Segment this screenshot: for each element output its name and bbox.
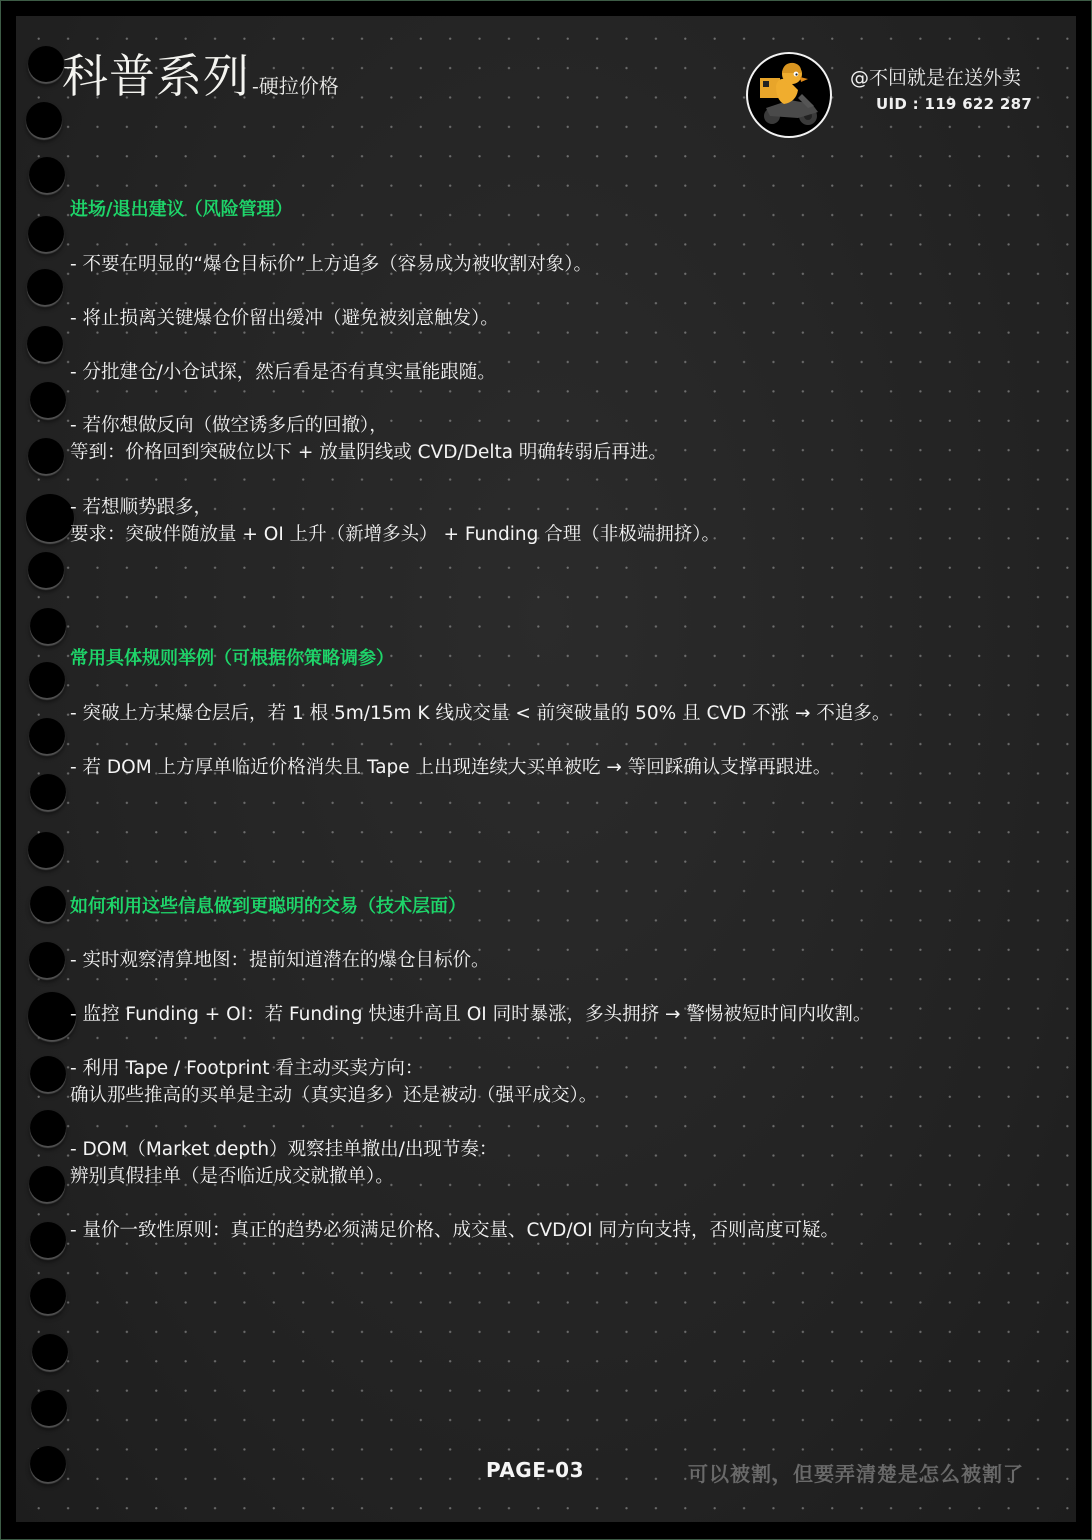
list-item-line: - 突破上方某爆仓层后，若 1 根 5m/15m K 线成交量 < 前突破量的 … [70,700,890,727]
list-item-line: - 若 DOM 上方厚单临近价格消失且 Tape 上出现连续大买单被吃 → 等回… [70,754,831,781]
avatar [746,52,832,138]
author-info: @不回就是在送外卖 UID : 119 622 287 [850,64,1032,116]
list-item: - 分批建仓/小仓试探，然后看是否有真实量能跟随。 [70,359,496,386]
list-item: - 利用 Tape / Footprint 看主动买卖方向： 确认那些推高的买单… [70,1055,597,1109]
list-item: - 监控 Funding + OI：若 Funding 快速升高且 OI 同时暴… [70,1001,871,1028]
list-item-line: 等到：价格回到突破位以下 + 放量阴线或 CVD/Delta 明确转弱后再进。 [70,439,667,466]
list-item: - 若你想做反向（做空诱多后的回撤）， 等到：价格回到突破位以下 + 放量阴线或… [70,412,667,466]
page-number: PAGE-03 [486,1458,584,1482]
author-uid: UID : 119 622 287 [876,92,1032,116]
list-item: - 将止损离关键爆仓价留出缓冲（避免被刻意触发）。 [70,305,499,332]
footer-note: 可以被割，但要弄清楚是怎么被割了 [688,1458,1024,1487]
binder-hole [29,662,65,698]
list-item-line: - 若想顺势跟多， [70,494,720,521]
list-item: - 若 DOM 上方厚单临近价格消失且 Tape 上出现连续大买单被吃 → 等回… [70,754,831,781]
binder-hole [30,608,66,644]
binder-hole [31,1390,67,1426]
list-item-line: - 实时观察清算地图：提前知道潜在的爆仓目标价。 [70,947,490,974]
list-item-line: - 监控 Funding + OI：若 Funding 快速升高且 OI 同时暴… [70,1001,871,1028]
binder-hole [28,552,64,588]
binder-hole [28,216,64,252]
list-item-line: - 利用 Tape / Footprint 看主动买卖方向： [70,1055,597,1082]
section-title-rule-examples: 常用具体规则举例（可根据你策略调参） [70,646,394,672]
list-item-line: - 分批建仓/小仓试探，然后看是否有真实量能跟随。 [70,359,496,386]
list-item: - 突破上方某爆仓层后，若 1 根 5m/15m K 线成交量 < 前突破量的 … [70,700,890,727]
binder-hole [28,832,64,868]
binder-hole [26,494,74,542]
binder-hole [30,1278,66,1314]
list-item-line: - 不要在明显的“爆仓目标价”上方追多（容易成为被收割对象）。 [70,251,592,278]
list-item-line: - 量价一致性原则：真正的趋势必须满足价格、成交量、CVD/OI 同方向支持，否… [70,1217,839,1244]
binder-hole [27,326,63,362]
list-item-line: - DOM（Market depth）观察挂单撤出/出现节奏： [70,1136,497,1163]
binder-hole [29,718,65,754]
section-title-smarter-trading: 如何利用这些信息做到更聪明的交易（技术层面） [70,894,466,920]
binder-hole [30,1222,66,1258]
binder-hole [30,774,66,810]
binder-hole [27,269,63,305]
binder-hole [28,992,76,1040]
list-item: - 实时观察清算地图：提前知道潜在的爆仓目标价。 [70,947,490,974]
binder-hole [30,886,66,922]
list-item: - DOM（Market depth）观察挂单撤出/出现节奏： 辨别真假挂单（是… [70,1136,497,1190]
section-title-risk-management: 进场/退出建议（风险管理） [70,197,293,223]
binder-hole [32,1334,68,1370]
duck-delivery-rider-icon [748,54,830,136]
binder-hole [30,1446,66,1482]
binder-hole [30,1056,66,1092]
binder-hole [26,102,62,138]
binder-holes [16,16,76,1522]
list-item-line: 要求：突破伴随放量 + OI 上升（新增多头） + Funding 合理（非极端… [70,521,720,548]
page-title: 科普系列 [62,50,250,102]
binder-hole [29,942,65,978]
binder-hole [30,1110,66,1146]
page-header: 科普系列 -硬拉价格 [62,50,339,102]
binder-hole [28,438,64,474]
list-item-line: - 若你想做反向（做空诱多后的回撤）， [70,412,667,439]
binder-hole [29,1166,65,1202]
list-item: - 不要在明显的“爆仓目标价”上方追多（容易成为被收割对象）。 [70,251,592,278]
binder-hole [29,157,65,193]
page-subtitle: -硬拉价格 [252,72,339,100]
list-item: - 若想顺势跟多， 要求：突破伴随放量 + OI 上升（新增多头） + Fund… [70,494,720,548]
list-item-line: - 将止损离关键爆仓价留出缓冲（避免被刻意触发）。 [70,305,499,332]
list-item-line: 辨别真假挂单（是否临近成交就撤单）。 [70,1163,497,1190]
author-name: @不回就是在送外卖 [850,64,1032,92]
binder-hole [28,46,64,82]
list-item: - 量价一致性原则：真正的趋势必须满足价格、成交量、CVD/OI 同方向支持，否… [70,1217,839,1244]
list-item-line: 确认那些推高的买单是主动（真实追多）还是被动（强平成交）。 [70,1082,597,1109]
binder-hole [30,382,66,418]
